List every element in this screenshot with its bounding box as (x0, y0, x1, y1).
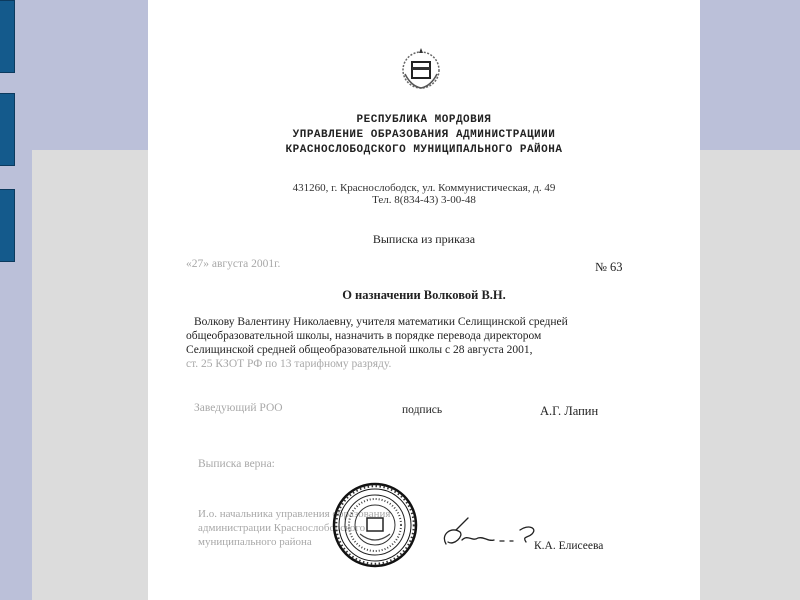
certified-label: Выписка верна: (198, 458, 275, 470)
signature-label: подпись (402, 404, 442, 416)
certifier-name: К.А. Елисеева (534, 540, 603, 552)
signatory-role: Заведующий РОО (194, 402, 283, 414)
slide-accent-bar (0, 93, 15, 166)
address: 431260, г. Краснослободск, ул. Коммунист… (148, 182, 700, 194)
slide-accent-bar (0, 0, 15, 73)
body-line: Волкову Валентину Николаевну, учителя ма… (194, 316, 568, 328)
body-line: ст. 25 КЗОТ РФ по 13 тарифному разряду. (186, 358, 391, 370)
scanned-document: РЕСПУБЛИКА МОРДОВИЯ УПРАВЛЕНИЕ ОБРАЗОВАН… (148, 0, 700, 600)
body-line: Селищинской средней общеобразовательной … (186, 344, 532, 356)
order-number: № 63 (595, 260, 623, 275)
body-line: общеобразовательной школы, назначить в п… (186, 330, 541, 342)
coat-of-arms-icon (397, 44, 445, 92)
signature-icon (438, 516, 548, 556)
order-subject: О назначении Волковой В.Н. (148, 288, 700, 303)
signatory-name: А.Г. Лапин (540, 404, 598, 419)
header-line: КРАСНОСЛОБОДСКОГО МУНИЦИПАЛЬНОГО РАЙОНА (148, 144, 700, 156)
header-line: РЕСПУБЛИКА МОРДОВИЯ (148, 114, 700, 126)
official-seal-icon (332, 482, 418, 568)
document-type: Выписка из приказа (148, 232, 700, 247)
slide-accent-bar (0, 189, 15, 262)
certifier-role-line: муниципального района (198, 536, 312, 548)
order-date: «27» августа 2001г. (186, 258, 280, 270)
phone: Тел. 8(834-43) 3-00-48 (148, 194, 700, 206)
header-line: УПРАВЛЕНИЕ ОБРАЗОВАНИЯ АДМИНИСТРАЦИИИ (148, 129, 700, 141)
